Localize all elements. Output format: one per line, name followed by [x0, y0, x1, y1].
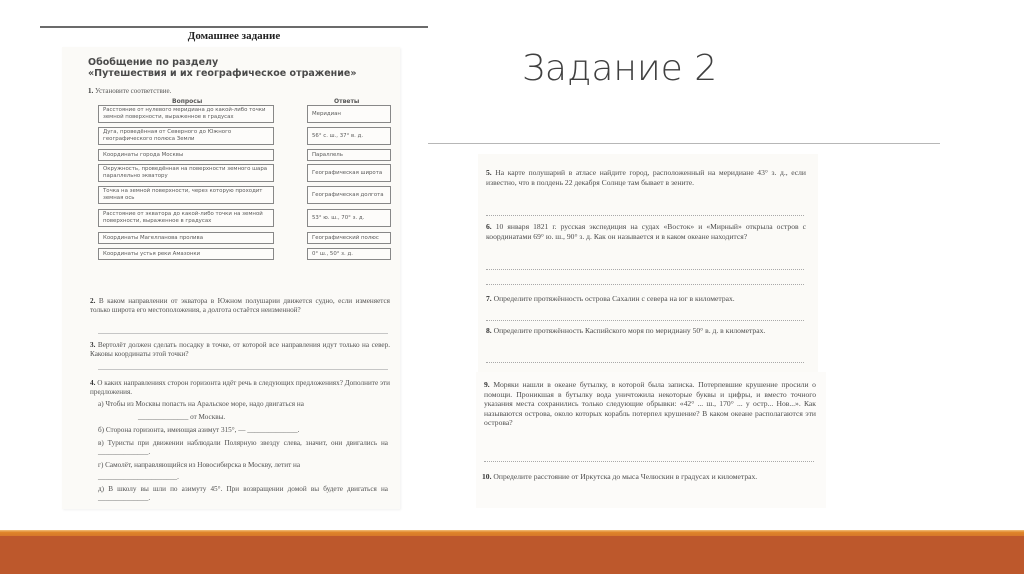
task-8: 8. Определите протяжённость Каспийского … [486, 326, 806, 336]
task-1-text: Установите соответствие. [95, 87, 171, 95]
answer-line [486, 215, 804, 216]
task-10-text: Определите расстояние от Иркутска до мыс… [493, 472, 757, 481]
answers-column-header: Ответы [334, 98, 359, 105]
slide-title: Задание 2 [522, 48, 717, 89]
task-5-number: 5. [486, 168, 492, 177]
answer-cell: Географическая широта [307, 164, 391, 182]
worksheet-right-top-image: 5. На карте полушарий в атласе найдите г… [478, 154, 818, 372]
task-1: 1. Установите соответствие. [88, 87, 171, 95]
task-4-item-a-cont: ______________ от Москвы. [98, 413, 388, 422]
task-9-text: Моряки нашли в океане бутылку, в которой… [484, 380, 816, 427]
question-cell: Окружность, проведённая на поверхности з… [98, 164, 274, 182]
task-5-text: На карте полушарий в атласе найдите горо… [486, 168, 806, 187]
slide: Домашнее задание Задание 2 Обобщение по … [0, 0, 1024, 574]
question-cell: Координаты устья реки Амазонки [98, 248, 274, 260]
task-2-text: В каком направлении от экватора в Южном … [90, 297, 390, 314]
section-title-line2: «Путешествия и их географическое отражен… [88, 68, 356, 79]
worksheet-right-bottom-image: 9. Моряки нашли в океане бутылку, в кото… [476, 372, 826, 508]
question-cell: Расстояние от экватора до какой-либо точ… [98, 209, 274, 227]
section-title: Обобщение по разделу «Путешествия и их г… [88, 57, 356, 79]
task-3-number: 3. [90, 341, 95, 349]
task-10-number: 10. [482, 472, 492, 481]
answer-cell: 0° ш., 50° з. д. [307, 248, 391, 260]
task-4-text: О каких направлениях сторон горизонта ид… [90, 379, 390, 396]
task-9: 9. Моряки нашли в океане бутылку, в кото… [484, 380, 816, 428]
answer-cell: 53° ю. ш., 70° з. д. [307, 209, 391, 227]
answer-cell: Меридиан [307, 105, 391, 123]
answer-cell: Параллель [307, 149, 391, 161]
task-4-number: 4. [90, 379, 95, 387]
task-3-text: Вертолёт должен сделать посадку в точке,… [90, 341, 390, 358]
answer-cell: 56° с. ш., 37° в. д. [307, 127, 391, 145]
task-2-number: 2. [90, 297, 95, 305]
answer-line [486, 320, 804, 321]
answer-line [486, 269, 804, 270]
task-4-item-e: д) В школу вы шли по азимуту 45°. При во… [98, 485, 388, 503]
task-5: 5. На карте полушарий в атласе найдите г… [486, 168, 806, 187]
task-4: 4. О каких направлениях сторон горизонта… [90, 379, 390, 397]
task-4-item-a: а) Чтобы из Москвы попасть на Аральское … [98, 400, 388, 409]
task-7-text: Определите протяжённость острова Сахалин… [494, 294, 735, 303]
task-4-item-c: в) Туристы при движении наблюдали Полярн… [98, 439, 388, 457]
task-4-item-d: г) Самолёт, направляющийся из Новосибирс… [98, 461, 388, 470]
questions-column-header: Вопросы [172, 98, 202, 105]
task-9-number: 9. [484, 380, 490, 389]
question-cell: Точка на земной поверхности, через котор… [98, 186, 274, 204]
answer-cell: Географическая долгота [307, 186, 391, 204]
footer-band [0, 536, 1024, 574]
answer-line [484, 461, 814, 462]
homework-heading: Домашнее задание [40, 30, 428, 42]
answer-line [98, 369, 388, 370]
top-rule-divider [40, 26, 428, 28]
answer-line [98, 333, 388, 334]
task-8-number: 8. [486, 326, 492, 335]
task-6: 6. 10 января 1821 г. русская экспедиция … [486, 222, 806, 241]
answer-line [486, 284, 804, 285]
question-cell: Координаты города Москвы [98, 149, 274, 161]
task-6-number: 6. [486, 222, 492, 231]
worksheet-left-image: Обобщение по разделу «Путешествия и их г… [62, 47, 400, 509]
question-cell: Расстояние от нулевого меридиана до како… [98, 105, 274, 123]
title-underline-divider [428, 143, 940, 144]
question-cell: Координаты Магелланова пролива [98, 232, 274, 244]
task-7: 7. Определите протяжённость острова Саха… [486, 294, 806, 304]
task-6-text: 10 января 1821 г. русская экспедиция на … [486, 222, 806, 241]
answer-cell: Географический полюс [307, 232, 391, 244]
task-10: 10. Определите расстояние от Иркутска до… [482, 472, 816, 482]
task-7-number: 7. [486, 294, 492, 303]
task-3: 3. Вертолёт должен сделать посадку в точ… [90, 341, 390, 359]
section-title-line1: Обобщение по разделу [88, 57, 356, 68]
question-cell: Дуга, проведённая от Северного до Южного… [98, 127, 274, 145]
task-8-text: Определите протяжённость Каспийского мор… [494, 326, 766, 335]
task-4-item-b: б) Сторона горизонта, имеющая азимут 315… [98, 426, 388, 435]
task-2: 2. В каком направлении от экватора в Южн… [90, 297, 390, 315]
task-1-number: 1. [88, 87, 93, 95]
answer-line [486, 362, 804, 363]
task-4-item-d-cont: ______________________. [98, 473, 388, 482]
